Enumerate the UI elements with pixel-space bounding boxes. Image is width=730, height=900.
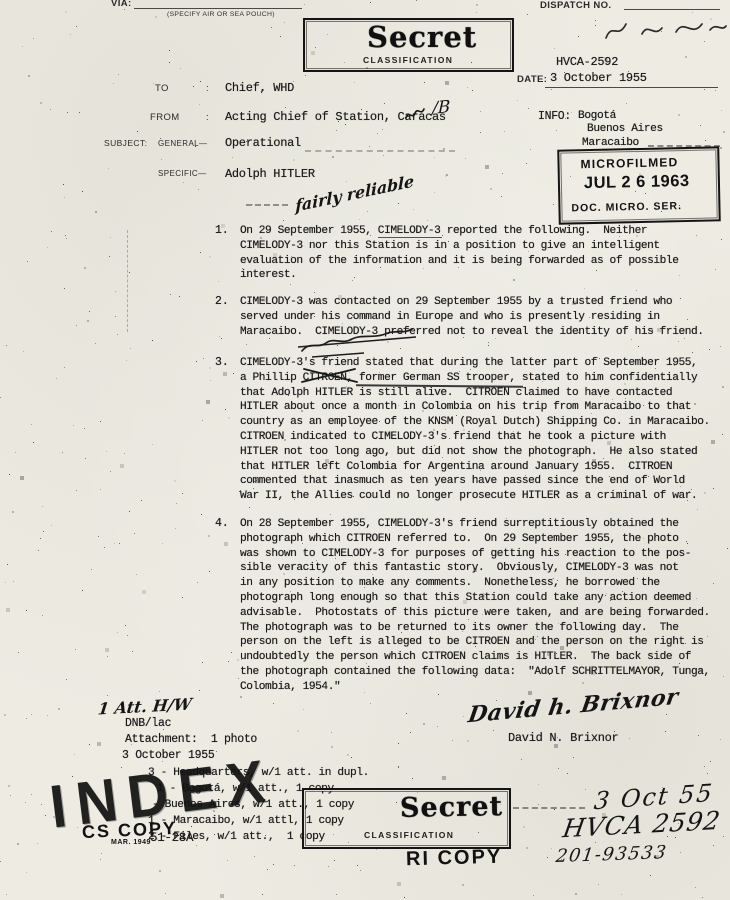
text-line: War II, the Allies could no longer prose… [240, 489, 720, 504]
text-line: the photograph contained the following d… [240, 665, 720, 680]
text-line: in any position to make any comments. No… [240, 576, 720, 591]
text-line: On 29 September 1955, CIMELODY-3 reporte… [240, 224, 720, 239]
text-line: photograph which CITROEN referred to. On… [240, 532, 720, 547]
text-line: sible veracity of this fantastic story. … [240, 561, 720, 576]
paragraph-lines: On 29 September 1955, CIMELODY-3 reporte… [240, 224, 720, 283]
scanned-dispatch-page: VIA: (SPECIFY AIR OR SEA POUCH) DISPATCH… [0, 0, 730, 900]
classification-label: CLASSIFICATION [363, 55, 453, 65]
paragraph-number: 2. [215, 295, 229, 308]
microfilm-series-label: DOC. MICRO. SER. [571, 200, 682, 214]
to-label: TO [155, 83, 169, 94]
text-line: interest. [240, 268, 720, 283]
microfilm-stamp-box: MICROFILMED JUL 2 6 1963 DOC. MICRO. SER… [557, 146, 721, 224]
paper-noise-fine [0, 0, 1, 1]
via-note: (SPECIFY AIR OR SEA POUCH) [167, 11, 275, 18]
release-initials: DNB/lac [125, 717, 171, 730]
paragraph-number: 3. [215, 356, 229, 369]
secret-dash-trail [513, 807, 585, 809]
from-colon: : [206, 112, 209, 123]
info-label: INFO: [538, 110, 571, 123]
subject-specific-label: SPECIFIC— [158, 169, 207, 178]
paragraph-number: 4. [215, 517, 229, 530]
text-line: that HITLER left Colombia for Argentina … [240, 460, 720, 475]
text-line: person on the left is alleged to be CITR… [240, 635, 720, 650]
paragraph-3: 3. CIMELODY-3's friend stated that durin… [215, 356, 720, 504]
text-line: served under his command in Europe and w… [240, 310, 720, 325]
text-line: HITLER not too long ago, but did not sho… [240, 445, 720, 460]
date-underline [545, 87, 718, 88]
info-value: Bogotá [578, 110, 663, 123]
text-line: country as an employee of the KNSM (Roya… [240, 415, 720, 430]
text-line: commented that inasmuch as ten years hav… [240, 474, 720, 489]
subject-dash-trail [305, 150, 455, 152]
from-hand-mark: /B [432, 97, 451, 119]
subject-label: SUBJECT: [104, 138, 147, 148]
text-line: CITROEN indicated to CIMELODY-3's friend… [240, 430, 720, 445]
subject-specific-value: Adolph HITLER [225, 167, 315, 181]
text-line: photograph long enough so that this Stat… [240, 591, 720, 606]
via-underline [134, 8, 302, 9]
hand-ref-note: HVCA 2592 [561, 806, 723, 844]
reference-number: HVCA-2592 [556, 55, 618, 69]
paragraph-1: 1. On 29 September 1955, CIMELODY-3 repo… [215, 224, 720, 283]
hand-initials-scribble-icon [404, 102, 432, 124]
text-line: CIMELODY-3 was contacted on 29 September… [240, 295, 720, 310]
paragraph-4: 4. On 28 September 1955, CIMELODY-3's fr… [215, 517, 720, 695]
secret-stamp-bottom: Secret [400, 791, 504, 824]
attachment-line: Attachment: 1 photo [125, 733, 257, 746]
text-line: undoubtedly the person which CITROEN cla… [240, 650, 720, 665]
text-line: advisable. Photostats of this picture we… [240, 606, 720, 621]
margin-artifact [127, 230, 128, 332]
microfilm-date: JUL 2 6 1963 [584, 172, 690, 193]
text-line: The photograph was to be returned to its… [240, 621, 720, 636]
form-number: 51-28A [150, 831, 193, 845]
date-label: DATE: [517, 74, 547, 85]
classification-box: Secret CLASSIFICATION [303, 18, 514, 72]
subject-general-value: Operational [225, 136, 301, 150]
date-value: 3 October 1955 [550, 71, 647, 85]
paragraph-lines: On 28 September 1955, CIMELODY-3's frien… [240, 517, 720, 695]
attachment-hand-note: 1 Att. H/W [97, 694, 193, 718]
text-line: evaluation of the information and it is … [240, 254, 720, 269]
text-line: CIMELODY-3 nor this Station is in a posi… [240, 239, 720, 254]
microfilmed-label: MICROFILMED [580, 155, 678, 171]
paper-noise-coarse [0, 0, 2, 2]
via-label: VIA: [111, 0, 132, 9]
hand-file-note: 201-93533 [555, 842, 669, 867]
paragraph-number: 1. [215, 224, 229, 237]
subject-general-label: GENERAL— [158, 139, 207, 148]
cs-copy-date: MAR. 1949 [111, 839, 151, 846]
to-value: Chief, WHD [225, 81, 294, 95]
classification-label-bottom: CLASSIFICATION [364, 830, 454, 840]
info-value: Buenos Aires [578, 123, 663, 136]
text-line: HITLER about once a month in Colombia on… [240, 400, 720, 415]
to-colon: : [206, 83, 209, 94]
classification-box-bottom: Secret CLASSIFICATION [302, 788, 511, 849]
from-label: FROM [150, 112, 180, 123]
citroen-crossout-icon [299, 367, 359, 384]
text-line: was shown to CIMELODY-3 for purposes of … [240, 547, 720, 562]
ri-copy-stamp: RI COPY [406, 846, 503, 872]
signature-typed: David N. Brixnor [508, 731, 618, 745]
text-line: that Adolph HITLER is still alive. CITRO… [240, 386, 720, 401]
note-dash [246, 204, 288, 206]
paragraph-2: 2. CIMELODY-3 was contacted on 29 Septem… [215, 295, 720, 339]
handwritten-scribble-icon [598, 10, 728, 50]
text-line: On 28 September 1955, CIMELODY-3's frien… [240, 517, 720, 532]
secret-stamp: Secret [367, 20, 477, 54]
